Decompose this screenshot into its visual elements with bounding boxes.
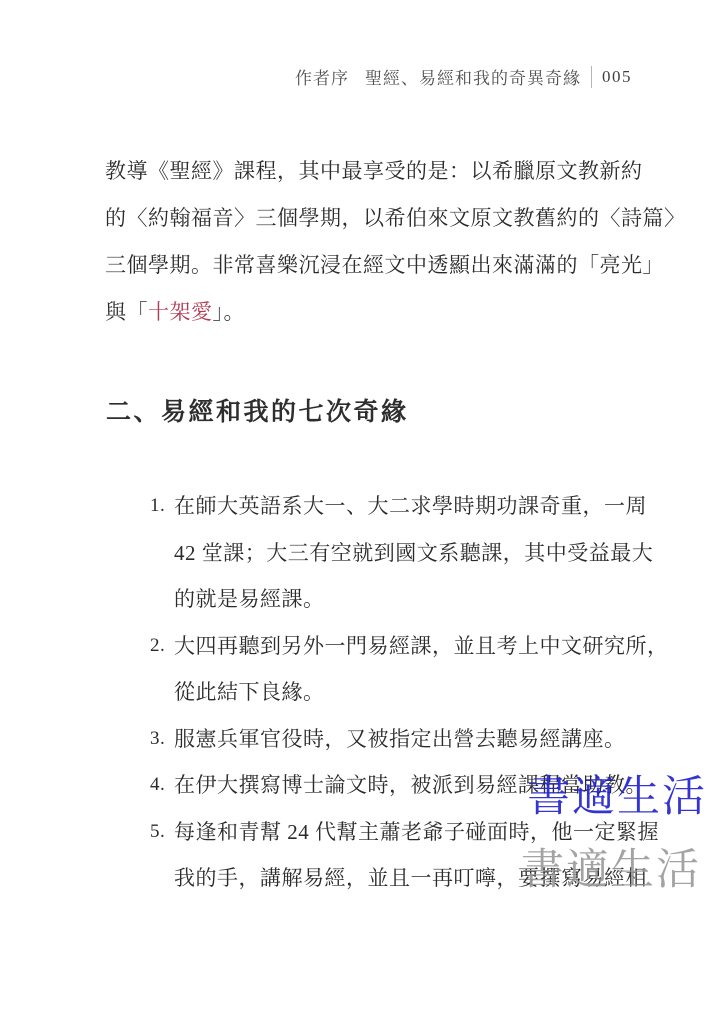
header-section-label: 作者序 bbox=[295, 64, 349, 89]
section-heading: 二、易經和我的七次奇緣 bbox=[106, 392, 409, 428]
list-item-lines: 在師大英語系大一、大二求學時期功課奇重，一周 42 堂課；大三有空就到國文系聽課… bbox=[174, 483, 653, 623]
list-item-line: 的就是易經課。 bbox=[174, 576, 653, 623]
numbered-list: 1. 在師大英語系大一、大二求學時期功課奇重，一周 42 堂課；大三有空就到國文… bbox=[150, 483, 650, 902]
list-item: 2. 大四再聽到另外一門易經課，並且考上中文研究所， 從此結下良緣。 bbox=[150, 623, 650, 716]
list-item: 1. 在師大英語系大一、大二求學時期功課奇重，一周 42 堂課；大三有空就到國文… bbox=[150, 483, 650, 623]
header-divider bbox=[591, 66, 592, 88]
list-item-number: 3. bbox=[150, 716, 174, 763]
list-item: 3. 服憲兵軍官役時，又被指定出營去聽易經講座。 bbox=[150, 716, 650, 763]
list-item: 5. 每逢和青幫 24 代幫主蕭老爺子碰面時，他一定緊握 我的手，講解易經，並且… bbox=[150, 809, 650, 902]
list-item-line: 大四再聽到另外一門易經課，並且考上中文研究所， bbox=[174, 623, 669, 670]
book-page: { "header": { "section_label": "作者序", "c… bbox=[0, 0, 728, 1034]
paragraph-line-pre: 與「 bbox=[105, 300, 148, 324]
list-item-lines: 服憲兵軍官役時，又被指定出營去聽易經講座。 bbox=[174, 716, 650, 763]
accent-term: 十架愛 bbox=[148, 300, 213, 324]
list-item-lines: 在伊大撰寫博士論文時，被派到易經課程當助教。 bbox=[174, 762, 650, 809]
list-item-line: 42 堂課；大三有空就到國文系聽課，其中受益最大 bbox=[174, 530, 653, 577]
list-item-line: 服憲兵軍官役時，又被指定出營去聽易經講座。 bbox=[174, 716, 650, 763]
paragraph-line: 與「十架愛」。 bbox=[105, 289, 640, 336]
header-chapter-title: 聖經、易經和我的奇異奇緣 bbox=[365, 64, 581, 89]
list-item-line: 每逢和青幫 24 代幫主蕭老爺子碰面時，他一定緊握 bbox=[174, 809, 659, 856]
list-item-line: 從此結下良緣。 bbox=[174, 669, 669, 716]
running-header: 作者序 聖經、易經和我的奇異奇緣 005 bbox=[295, 64, 632, 89]
list-item-number: 5. bbox=[150, 809, 174, 856]
list-item-line: 在師大英語系大一、大二求學時期功課奇重，一周 bbox=[174, 483, 653, 530]
list-item-lines: 每逢和青幫 24 代幫主蕭老爺子碰面時，他一定緊握 我的手，講解易經，並且一再叮… bbox=[174, 809, 659, 902]
page-number: 005 bbox=[602, 67, 632, 87]
list-item-line: 我的手，講解易經，並且一再叮嚀，要撰寫易經相 bbox=[174, 855, 659, 902]
list-item: 4. 在伊大撰寫博士論文時，被派到易經課程當助教。 bbox=[150, 762, 650, 809]
paragraph-line: 的〈約翰福音〉三個學期，以希伯來文原文教舊約的〈詩篇〉 bbox=[105, 195, 640, 242]
list-item-number: 2. bbox=[150, 623, 174, 670]
list-item-lines: 大四再聽到另外一門易經課，並且考上中文研究所， 從此結下良緣。 bbox=[174, 623, 669, 716]
paragraph-line: 教導《聖經》課程，其中最享受的是：以希臘原文教新約 bbox=[105, 148, 640, 195]
list-item-number: 4. bbox=[150, 762, 174, 809]
body-paragraph: 教導《聖經》課程，其中最享受的是：以希臘原文教新約 的〈約翰福音〉三個學期，以希… bbox=[105, 148, 640, 336]
list-item-number: 1. bbox=[150, 483, 174, 530]
paragraph-line: 三個學期。非常喜樂沉浸在經文中透顯出來滿滿的「亮光」 bbox=[105, 242, 640, 289]
paragraph-line-post: 」。 bbox=[213, 300, 246, 324]
list-item-line: 在伊大撰寫博士論文時，被派到易經課程當助教。 bbox=[174, 762, 650, 809]
